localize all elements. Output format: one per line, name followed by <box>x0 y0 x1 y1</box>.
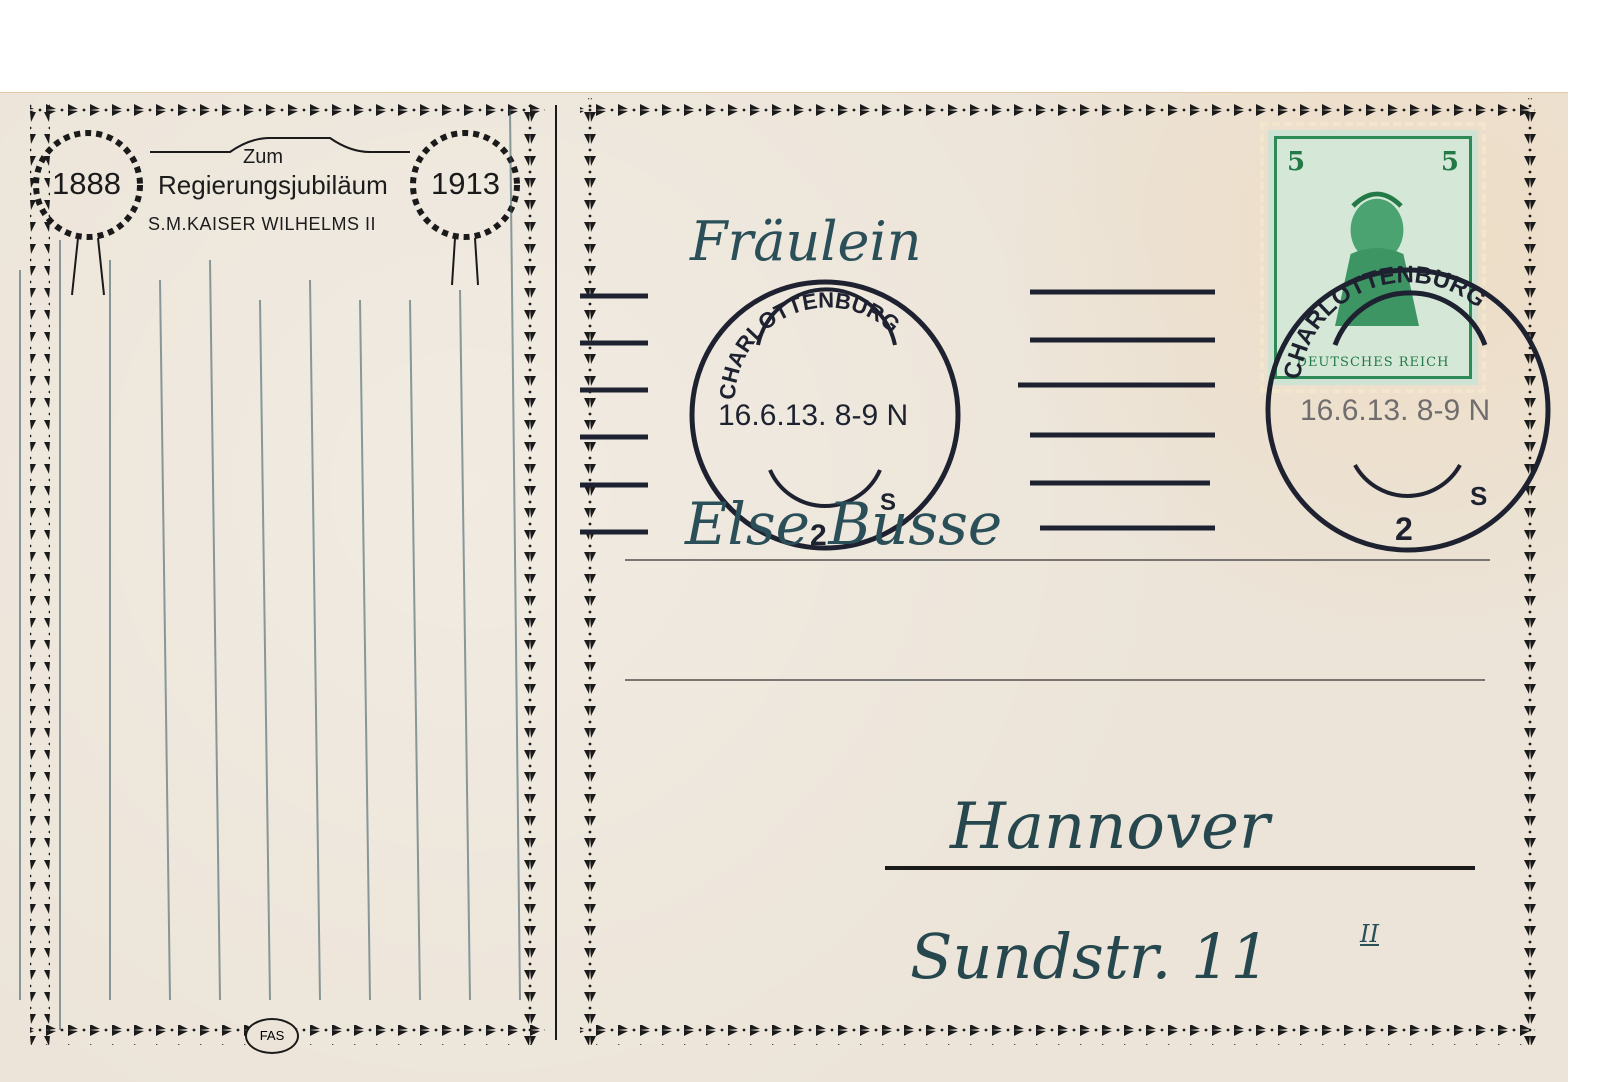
handwritten-message <box>0 0 1600 1082</box>
